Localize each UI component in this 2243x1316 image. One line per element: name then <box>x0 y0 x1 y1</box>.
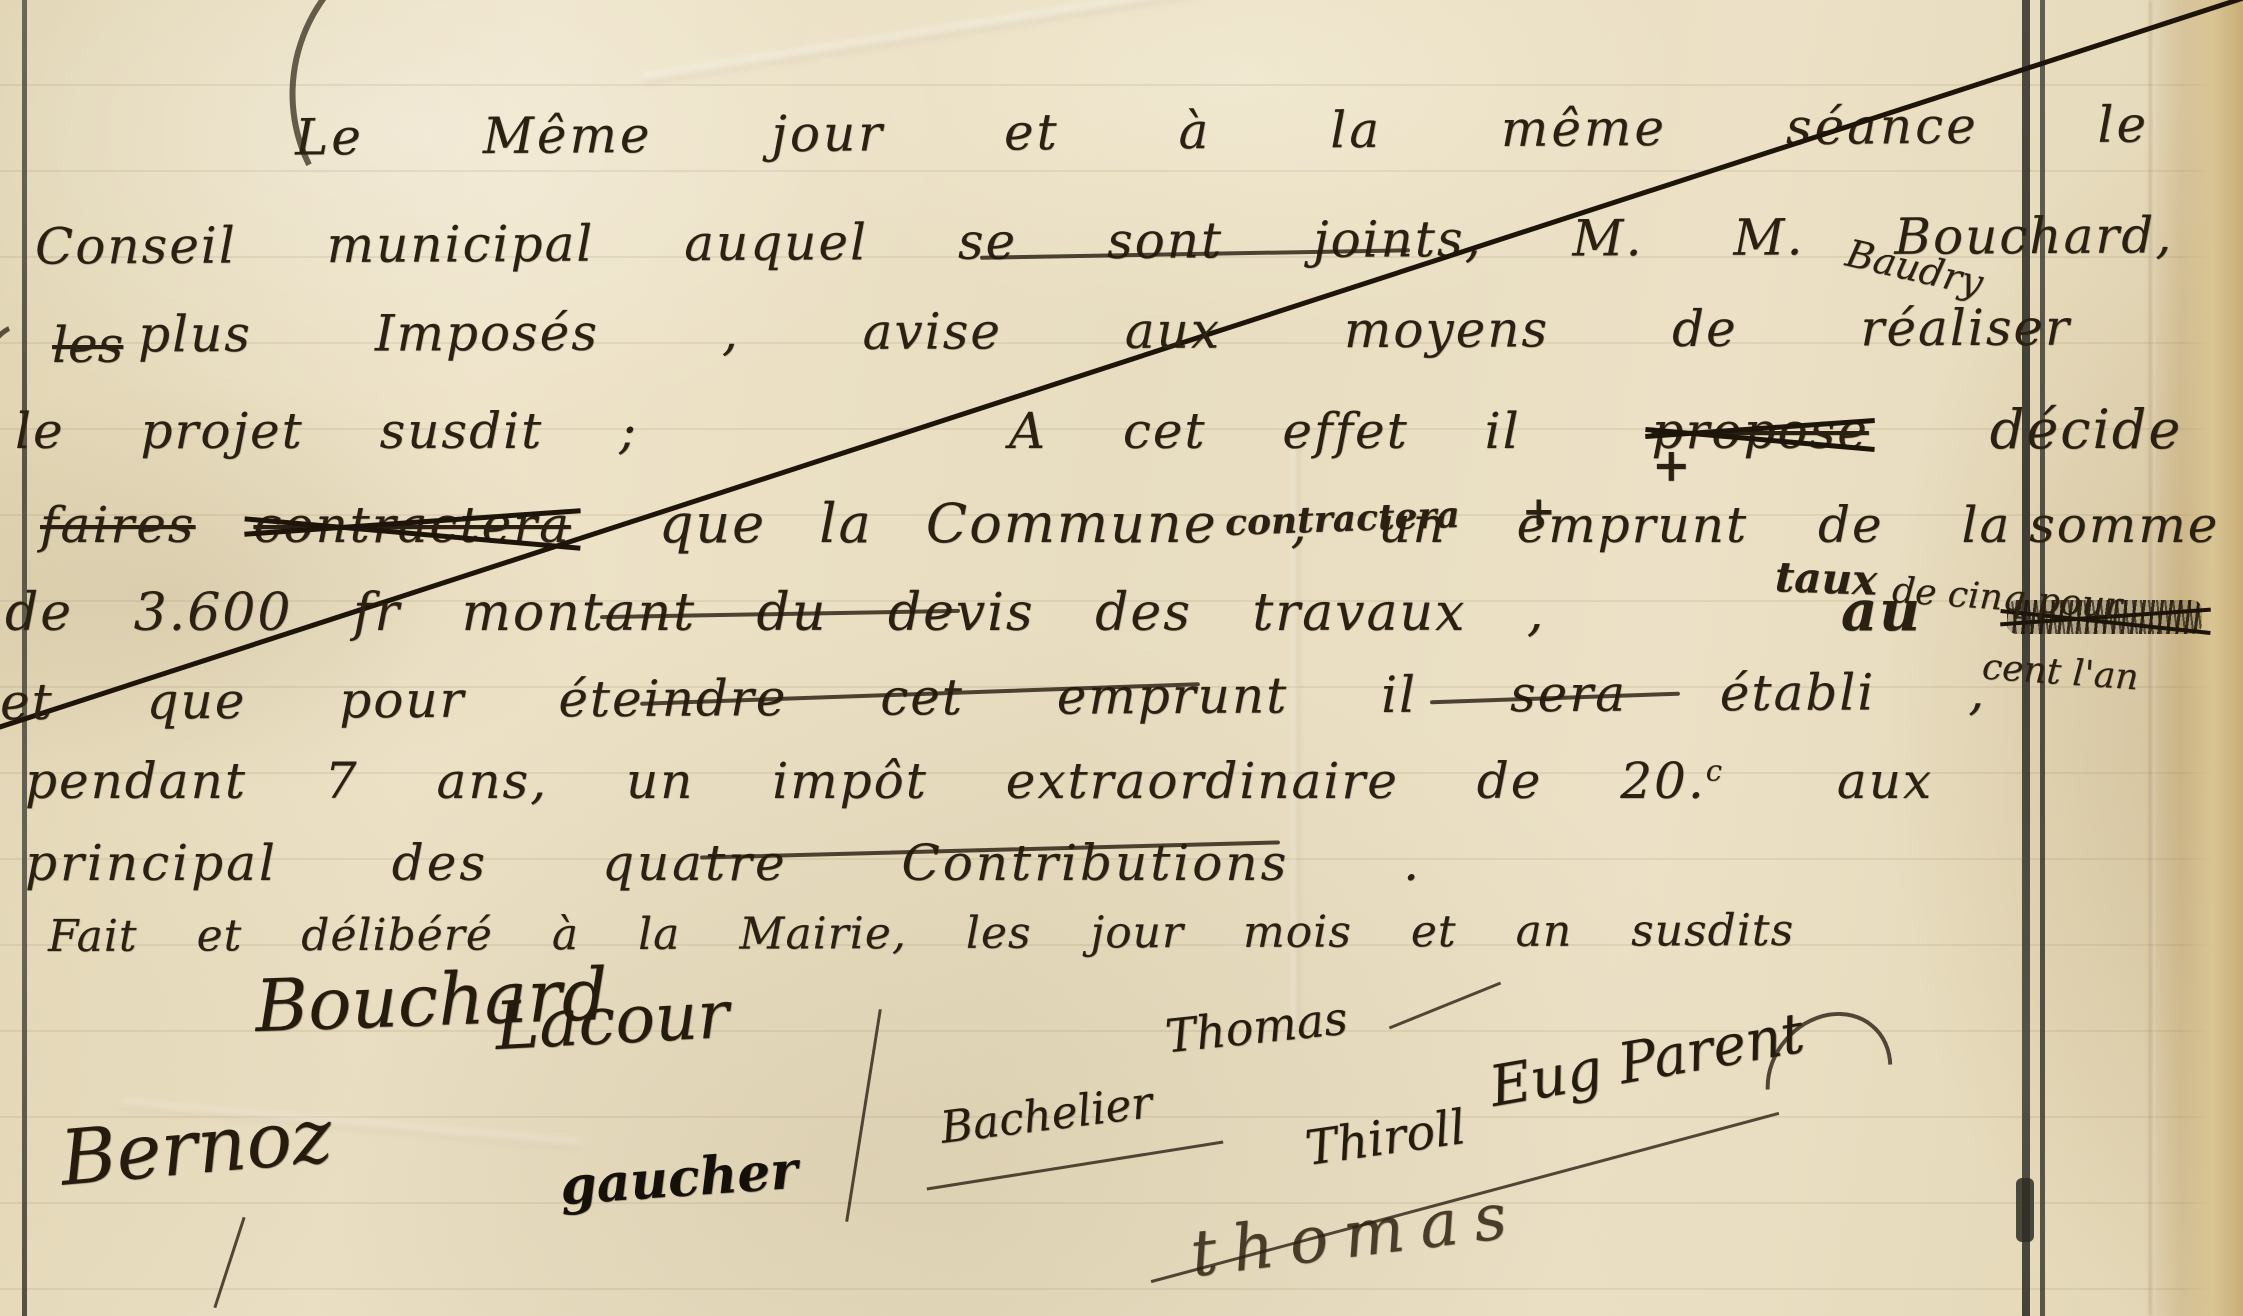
text-segment: pendant 7 ans, un impôt extraordinaire d… <box>25 752 1706 810</box>
signature-paraph <box>1389 982 1501 1030</box>
signature-bernoz: Bernoz <box>57 1090 336 1202</box>
text-line-8: pendant 7 ans, un impôt extraordinaire d… <box>25 752 1933 810</box>
text-segment: aux <box>1837 752 1933 810</box>
insertion-caret: + <box>1652 438 1691 492</box>
manuscript-page: Le Même jour et à la même séance le Cons… <box>0 0 2243 1316</box>
signature-lacour: Lacour <box>493 976 731 1065</box>
crossed-out-word-faires: faires <box>40 496 195 554</box>
interlinear-insertion-taux: taux <box>1774 552 1878 605</box>
ink-blotch-on-rule <box>2016 1178 2034 1242</box>
text-segment: A cet effet il <box>1009 402 1521 460</box>
signature-bachelier: Bachelier <box>938 1077 1155 1154</box>
text-segment: décide <box>1990 398 2183 461</box>
signature-eug-parent: Eug Parent <box>1485 1001 1809 1120</box>
text-line-1: Le Même jour et à la même séance le <box>295 96 2150 167</box>
left-margin-rule <box>22 0 27 1316</box>
signature-paraph <box>213 1217 245 1308</box>
text-line-10: Fait et délibéré à la Mairie, les jour m… <box>48 905 1794 962</box>
crossed-out-word-contractera: contractera <box>253 496 571 554</box>
superscript-centimes: c <box>1706 753 1724 787</box>
text-line-5: faires contractera que la Commune , un e… <box>40 492 2219 555</box>
interlinear-insertion-contractera: contractera <box>1224 494 1460 544</box>
text-segment: que la Commune <box>659 492 1218 555</box>
text-line-3: plus Imposés , avise aux moyens de réali… <box>138 299 2071 364</box>
page-edge-shadow <box>2143 0 2243 1316</box>
insertion-caret: + <box>1522 488 1556 535</box>
text-segment: la somme <box>1961 496 2219 554</box>
text-line-7: et que pour éteindre cet emprunt il sera… <box>0 663 1986 731</box>
paper-crease <box>643 0 1198 86</box>
cut-off-margin-stroke <box>0 314 55 404</box>
signature-thomas-upper: Thomas <box>1163 991 1350 1064</box>
signature-gaucher: gaucher <box>558 1140 799 1217</box>
text-line-4: le projet susdit ; A cet effet il propos… <box>15 398 2182 461</box>
text-segment: le projet susdit ; <box>15 402 638 460</box>
signature-thiroll: Thiroll <box>1302 1099 1469 1177</box>
margin-note-rate-2: cent l'an <box>1981 647 2140 699</box>
signature-paraph <box>845 1009 882 1222</box>
